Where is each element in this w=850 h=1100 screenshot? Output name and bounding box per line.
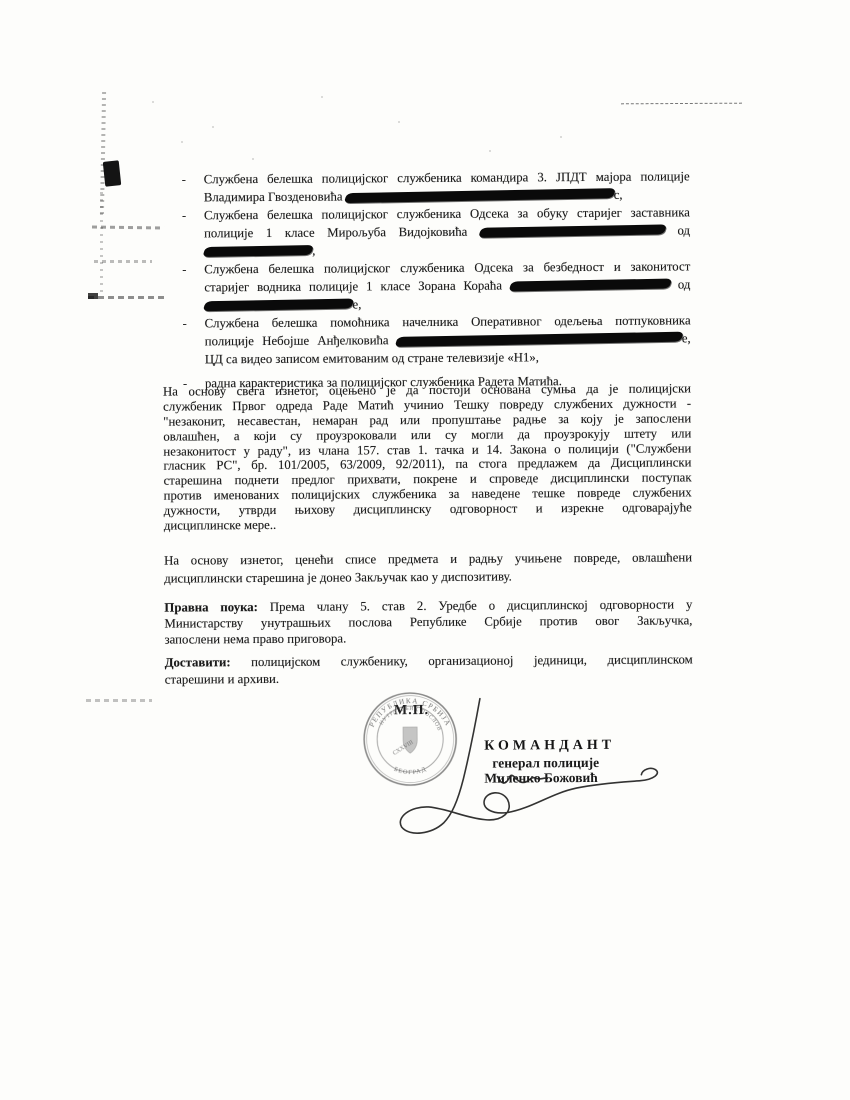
text-line: дисциплинске мере.. — [164, 515, 692, 533]
text-line: старијег водника полиције 1 класе Зорана… — [204, 275, 690, 296]
redaction-bar — [478, 224, 667, 237]
evidence-item: -Службена белешка полицијског службеника… — [204, 203, 690, 260]
redaction-bar — [508, 279, 672, 292]
evidence-item: -Службена белешка помоћника начелника Оп… — [205, 311, 691, 368]
stamp-ring-bottom-text: БЕОГРАД — [393, 766, 428, 777]
conclusion-paragraph: На основу изнетог, ценећи списе предмета… — [164, 548, 692, 587]
seal-place-label: М.П. — [394, 703, 429, 719]
list-dash-marker: - — [182, 206, 186, 224]
text-line: ЦД са видео записом емитованим од стране… — [205, 347, 691, 368]
redaction-bar — [202, 245, 313, 257]
scanned-document-page: -Службена белешка полицијског службеника… — [0, 0, 850, 1100]
text-line: старешини и архиви. — [165, 668, 693, 688]
text-line: Доставити: полицијском службенику, орган… — [165, 651, 693, 671]
signer-title: КОМАНДАНТ — [484, 738, 615, 755]
redaction-bar — [344, 188, 616, 203]
text-line: полиције 1 класе Мирољуба Видојковића од — [204, 221, 690, 242]
text-line: запослени нема право приговора. — [164, 629, 692, 648]
text-line: дисциплински старешина је донео Закључак… — [164, 566, 692, 587]
evidence-item: -Службена белешка полицијског службеника… — [204, 257, 690, 314]
list-dash-marker: - — [182, 170, 186, 188]
text-line: полиције Небојше Анђелковића е, — [205, 329, 691, 350]
document-content: -Службена белешка полицијског службеника… — [0, 0, 850, 1100]
redaction-bar — [203, 299, 355, 312]
list-dash-marker: - — [182, 260, 186, 278]
list-dash-marker: - — [183, 314, 187, 332]
signer-name: Миленко Божовић — [484, 770, 597, 787]
evidence-item: -Службена белешка полицијског службеника… — [204, 167, 690, 206]
redaction-bar — [395, 332, 684, 347]
svg-text:БЕОГРАД: БЕОГРАД — [393, 766, 428, 777]
evidence-list: -Службена белешка полицијског службеника… — [204, 167, 691, 392]
assessment-paragraph: На основу свега изнетог, оцењено је да п… — [163, 381, 692, 533]
distribution-paragraph: Доставити: полицијском службенику, орган… — [165, 651, 693, 687]
text-line: На основу изнетог, ценећи списе предмета… — [164, 548, 692, 569]
legal-remedy-paragraph: Правна поука: Према члану 5. став 2. Уре… — [164, 596, 692, 648]
